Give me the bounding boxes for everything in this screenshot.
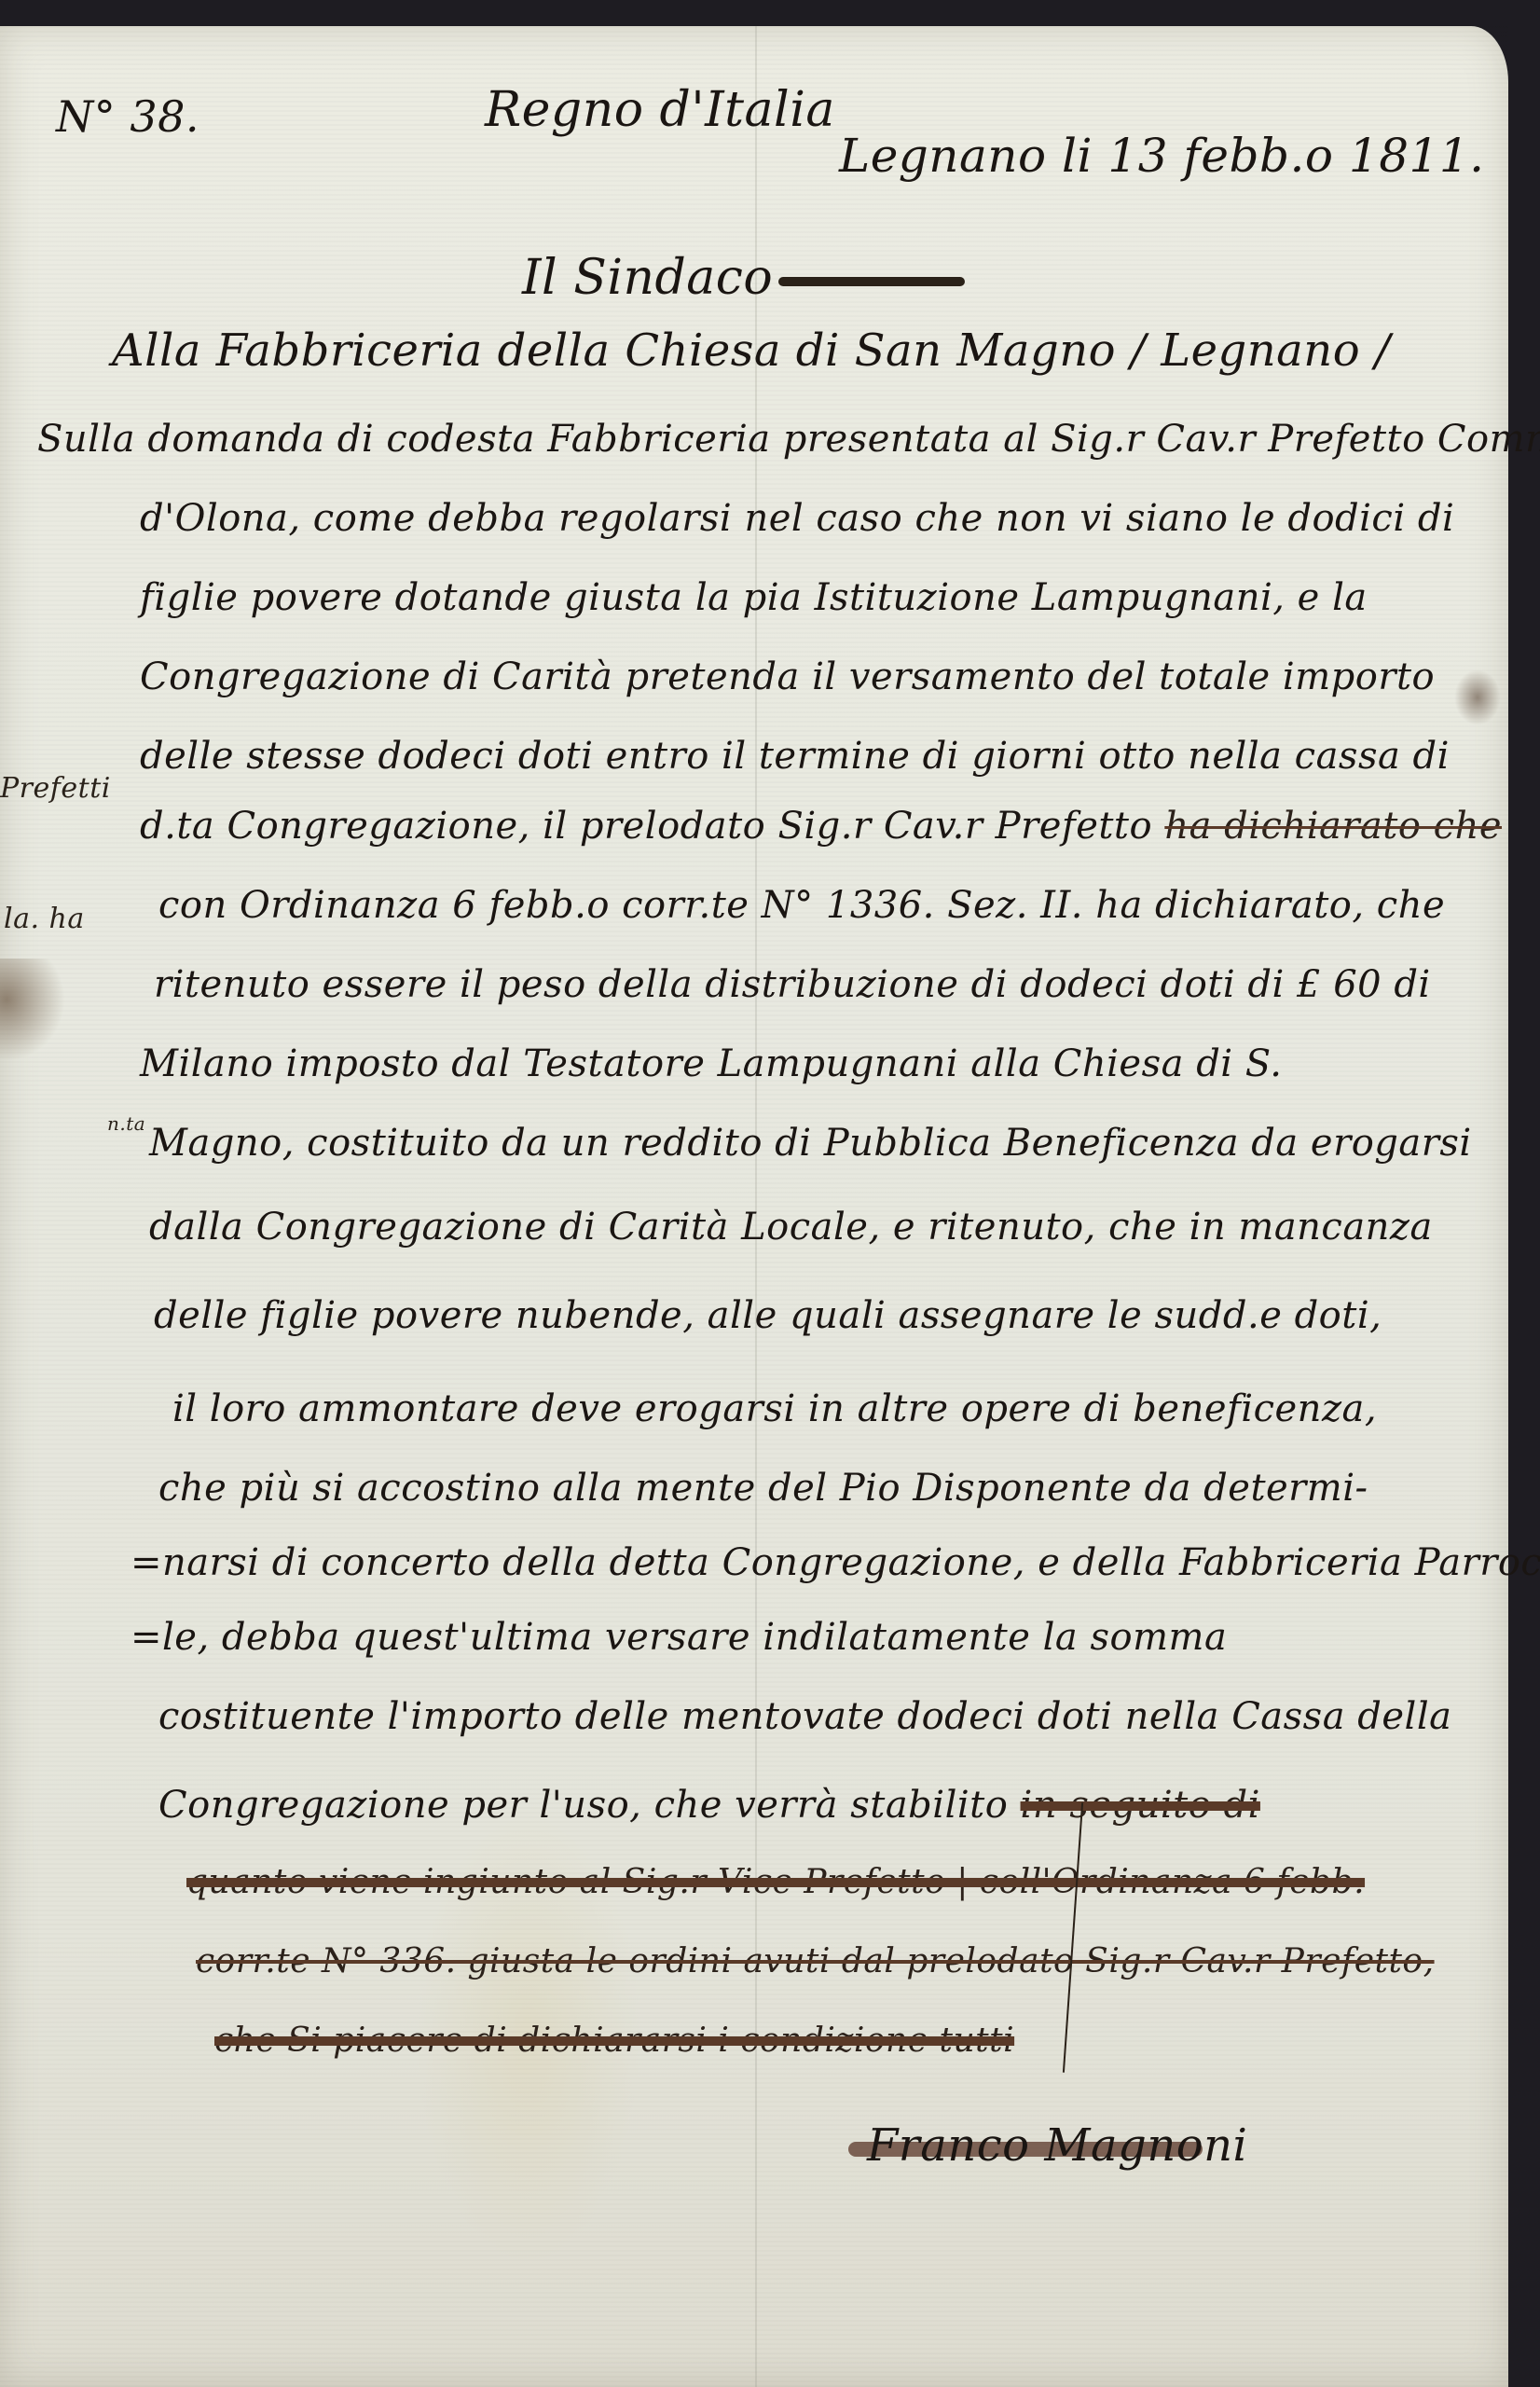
- body-line: il loro ammontare deve erogarsi in altre…: [172, 1387, 1377, 1430]
- body-text: Congregazione per l'uso, che verrà stabi…: [158, 1784, 1008, 1827]
- struck-text: ha dichiarato che: [1164, 805, 1502, 848]
- body-line: d'Olona, come debba regolarsi nel caso c…: [140, 497, 1454, 540]
- body-line: Congregazione di Carità pretenda il vers…: [140, 655, 1435, 698]
- sender: Il Sindaco: [522, 250, 965, 306]
- flourish-underline: [778, 277, 965, 286]
- body-line: =le, debba quest'ultima versare indilata…: [131, 1616, 1227, 1659]
- body-line: delle figlie povere nubende, alle quali …: [154, 1294, 1382, 1337]
- addressee: Alla Fabbriceria della Chiesa di San Mag…: [112, 324, 1391, 377]
- body-line: d.ta Congregazione, il prelodato Sig.r C…: [140, 805, 1502, 848]
- body-line: figlie povere dotande giusta la pia Isti…: [140, 576, 1368, 619]
- sender-title: Il Sindaco: [522, 250, 773, 306]
- margin-note: n.ta: [107, 1112, 145, 1135]
- ink-stain: [1454, 669, 1501, 725]
- struck-line: quanto viene ingiunto al Sig.r Vice Pref…: [186, 1863, 1365, 1901]
- document-number: N° 38.: [56, 91, 199, 142]
- body-line: Congregazione per l'uso, che verrà stabi…: [158, 1784, 1260, 1827]
- body-text: d.ta Congregazione, il prelodato Sig.r C…: [140, 805, 1152, 848]
- dateline: Legnano li 13 febb.o 1811.: [839, 129, 1485, 183]
- struck-line: che Si piacere di dichiararsi i condizio…: [214, 2021, 1014, 2060]
- body-line: ritenuto essere il peso della distribuzi…: [154, 963, 1431, 1006]
- margin-note: Prefetti: [0, 772, 111, 805]
- body-line: con Ordinanza 6 febb.o corr.te N° 1336. …: [158, 884, 1445, 927]
- body-line: Milano imposto dal Testatore Lampugnani …: [140, 1042, 1283, 1085]
- body-line: Magno, costituito da un reddito di Pubbl…: [149, 1122, 1472, 1165]
- struck-text: in seguito di: [1021, 1784, 1260, 1827]
- struck-line: corr.te N° 336. giusta le ordini avuti d…: [196, 1942, 1435, 1980]
- body-line: Sulla domanda di codesta Fabbriceria pre…: [37, 418, 1540, 461]
- document-heading: Regno d'Italia: [485, 82, 835, 138]
- body-line: =narsi di concerto della detta Congregaz…: [131, 1541, 1540, 1584]
- body-line: costituente l'importo delle mentovate do…: [158, 1695, 1451, 1738]
- body-line: dalla Congregazione di Carità Locale, e …: [149, 1206, 1433, 1249]
- body-line: che più si accostino alla mente del Pio …: [158, 1467, 1368, 1510]
- ink-stain: [0, 959, 65, 1061]
- vertical-divider-stroke: [1063, 1802, 1083, 2072]
- body-line: delle stesse dodeci doti entro il termin…: [140, 735, 1450, 778]
- margin-note: la. ha: [4, 903, 85, 935]
- signature: Franco Magnoni: [867, 2119, 1247, 2172]
- signature-name: Franco Magnoni: [867, 2119, 1247, 2172]
- document-page: N° 38. Regno d'Italia Legnano li 13 febb…: [0, 26, 1508, 2387]
